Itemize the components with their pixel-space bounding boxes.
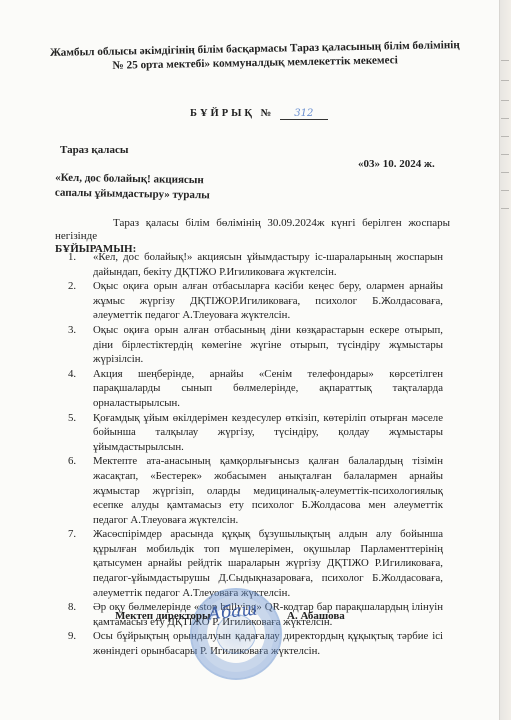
order-date: «03» 10. 2024 ж. <box>358 158 435 170</box>
list-item: 5.Қоғамдық ұйым өкілдерімен кездесулер ө… <box>68 411 443 455</box>
list-item: 2.Оқыс оқиға орын алған отбасыларға кәсі… <box>68 279 443 323</box>
signature-role: Мектеп директоры <box>115 610 211 622</box>
adjacent-page-edge <box>499 0 511 720</box>
subject-line-2: сапалы ұйымдастыру» туралы <box>55 186 210 204</box>
city: Тараз қаласы <box>60 144 128 156</box>
list-item: 6.Мектепте ата-анасының қамқорлығынсыз қ… <box>68 454 443 527</box>
intro-text: Тараз қаласы білім бөлімінің 30.09.2024ж… <box>55 217 450 242</box>
order-number: 312 <box>280 108 328 120</box>
document-page: Жамбыл облысы әкімдігінің білім басқарма… <box>0 0 500 720</box>
institution-header: Жамбыл облысы әкімдігінің білім басқарма… <box>40 38 470 74</box>
list-item: 1.«Кел, дос болайық!» акциясын ұйымдасты… <box>68 250 443 279</box>
signatory-name: А. Абашова <box>287 610 345 622</box>
order-title: БҰЙРЫҚ № 312 <box>190 108 328 120</box>
list-item: 7.Жасөспірімдер арасында құқық бұзушылық… <box>68 527 443 600</box>
list-item: 3.Оқыс оқиға орын алған отбасының діни к… <box>68 323 443 367</box>
order-subject: «Кел, дос болайық! акциясын сапалы ұйымд… <box>55 171 210 204</box>
order-title-label: БҰЙРЫҚ № <box>190 108 274 119</box>
list-item: 4.Акция шеңберінде, арнайы «Сенім телефо… <box>68 367 443 411</box>
